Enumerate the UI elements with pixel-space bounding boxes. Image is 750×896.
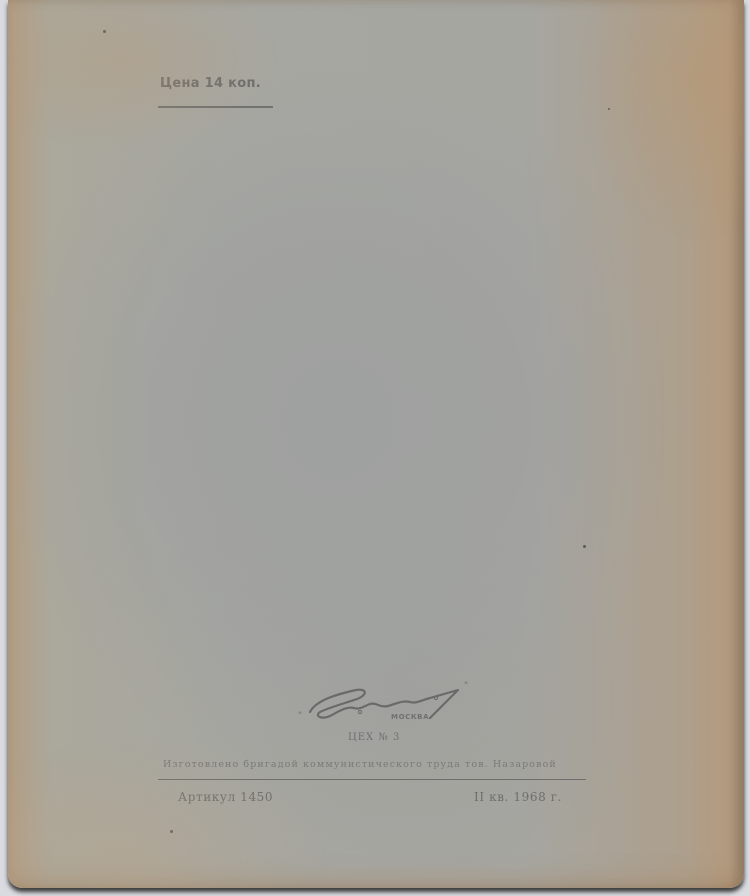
paper-speck: [583, 545, 586, 548]
svg-text:": ": [464, 681, 468, 691]
workshop-label: ЦЕХ № 3: [348, 732, 400, 743]
price-underline: [158, 106, 273, 108]
publisher-logo-signature: " ": [298, 678, 473, 726]
notebook-back-cover: Цена 14 коп. " " МОСКВА ЦЕХ № 3 Изготовл…: [8, 0, 744, 888]
paper-speck: [608, 108, 610, 110]
article-number: Артикул 1450: [178, 790, 273, 804]
manufacturer-note: Изготовлено бригадой коммунистического т…: [163, 759, 557, 770]
svg-text:": ": [298, 711, 302, 721]
paper-speck: [103, 30, 106, 33]
production-quarter: II кв. 1968 г.: [474, 790, 562, 804]
city-label: МОСКВА: [391, 713, 429, 721]
paper-speck: [170, 830, 173, 833]
bottom-divider: [158, 779, 586, 780]
price-label: Цена 14 коп.: [160, 76, 261, 91]
